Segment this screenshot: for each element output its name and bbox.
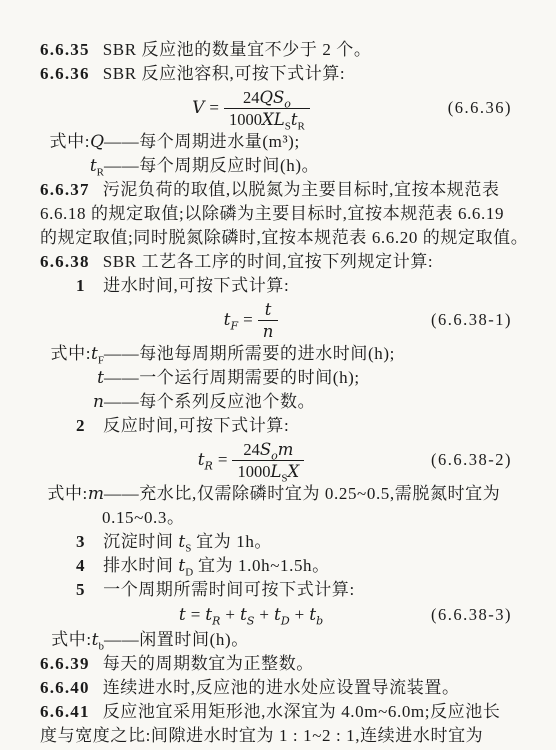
equation: V = 24QSo 1000XLStR	[192, 87, 310, 130]
item-text: 进水时间,可按下式计算:	[103, 276, 289, 295]
definition-term: t	[40, 366, 104, 390]
definition-m: 式中:m ——充水比,仅需除磷时宜为 0.25~0.5,需脱氮时宜为	[40, 482, 514, 506]
term-tb: tb	[309, 605, 323, 625]
definition-term: 式中:tF	[40, 342, 104, 366]
section-6-6-35: 6.6.35SBR 反应池的数量宜不少于 2 个。	[40, 38, 514, 62]
formula-6-6-38-3: t = tR + tS + tD + tb (6.6.38-3)	[40, 602, 514, 628]
definition-text: ——充水比,仅需除磷时宜为 0.25~0.5,需脱氮时宜为	[104, 482, 500, 506]
item-number: 1	[76, 276, 85, 295]
section-6-6-39: 6.6.39每天的周期数宜为正整数。	[40, 652, 514, 676]
formula-6-6-38-1: tF = t n (6.6.38-1)	[40, 298, 514, 342]
equals-sign: =	[191, 605, 201, 625]
section-number: 6.6.41	[40, 702, 90, 721]
definition-q: 式中:Q ——每个周期进水量(m³);	[40, 130, 514, 154]
definition-term: 式中:m	[40, 482, 104, 506]
formula-6-6-38-2: tR = 24Som 1000LSX (6.6.38-2)	[40, 438, 514, 482]
section-text-line1: 反应池宜采用矩形池,水深宜为 4.0m~6.0m;反应池长	[103, 702, 501, 721]
definition-text: ——闲置时间(h)。	[104, 628, 249, 652]
equation-label: (6.6.36)	[448, 98, 512, 118]
equals-sign: =	[209, 98, 219, 118]
section-text: SBR 反应池的数量宜不少于 2 个。	[103, 40, 372, 59]
definition-text: ——一个运行周期需要的时间(h);	[104, 366, 360, 390]
plus-sign: +	[259, 605, 269, 625]
fraction: 24QSo 1000XLStR	[224, 87, 310, 130]
section-6-6-37-line3: 的规定取值;同时脱氮除磷时,宜按本规范表 6.6.20 的规定取值。	[40, 226, 514, 250]
fraction: 24Som 1000LSX	[232, 439, 304, 482]
numerator: 24QSo	[224, 87, 310, 108]
document-page: 6.6.35SBR 反应池的数量宜不少于 2 个。 6.6.36SBR 反应池容…	[0, 0, 556, 750]
definition-term: tR	[40, 154, 104, 178]
definition-term: 式中:tb	[40, 628, 104, 652]
section-text-line2: 度与宽度之比:间隙进水时宜为 1 : 1~2 : 1,连续进水时宜为	[40, 726, 483, 745]
section-6-6-41: 6.6.41反应池宜采用矩形池,水深宜为 4.0m~6.0m;反应池长	[40, 700, 514, 724]
formula-6-6-36: V = 24QSo 1000XLStR (6.6.36)	[40, 86, 514, 130]
list-item-3: 3沉淀时间 tS 宜为 1h。	[40, 530, 514, 554]
section-text: 连续进水时,反应池的进水处应设置导流装置。	[103, 678, 460, 697]
numerator: 24Som	[232, 439, 304, 460]
section-6-6-37-line2: 6.6.18 的规定取值;以除磷为主要目标时,宜按本规范表 6.6.19	[40, 202, 514, 226]
section-number: 6.6.39	[40, 654, 90, 673]
section-6-6-40: 6.6.40连续进水时,反应池的进水处应设置导流装置。	[40, 676, 514, 700]
lhs-variable: V	[192, 98, 204, 118]
section-6-6-38: 6.6.38SBR 工艺各工序的时间,宜按下列规定计算:	[40, 250, 514, 274]
section-6-6-37: 6.6.37污泥负荷的取值,以脱氮为主要目标时,宜按本规范表	[40, 178, 514, 202]
item-number: 2	[76, 416, 85, 435]
definition-text: ——每池每周期所需要的进水时间(h);	[104, 342, 395, 366]
definition-text: ——每个周期进水量(m³);	[104, 130, 300, 154]
equals-sign: =	[218, 450, 228, 470]
denominator: n	[258, 320, 279, 342]
definition-t: t ——一个运行周期需要的时间(h);	[40, 366, 514, 390]
definition-text-continued: 0.15~0.3。	[102, 508, 185, 527]
plus-sign: +	[295, 605, 305, 625]
definition-n: n ——每个系列反应池个数。	[40, 390, 514, 414]
item-number: 3	[76, 532, 85, 551]
list-item-5: 5一个周期所需时间可按下式计算:	[40, 578, 514, 602]
definition-text: ——每个系列反应池个数。	[104, 390, 315, 414]
section-text: 每天的周期数宜为正整数。	[103, 654, 314, 673]
equation: tF = t n	[224, 299, 279, 342]
lhs-variable: tF	[224, 310, 238, 330]
section-number: 6.6.36	[40, 64, 90, 83]
section-number: 6.6.40	[40, 678, 90, 697]
lhs-variable: tR	[198, 450, 213, 470]
plus-sign: +	[225, 605, 235, 625]
equation: t = tR + tS + tD + tb	[179, 605, 323, 625]
definition-text: ——每个周期反应时间(h)。	[104, 154, 319, 178]
section-6-6-41-line2: 度与宽度之比:间隙进水时宜为 1 : 1~2 : 1,连续进水时宜为	[40, 724, 514, 748]
denominator: 1000XLStR	[224, 108, 310, 130]
definition-m-line2: 0.15~0.3。	[40, 506, 514, 530]
definition-tr: tR ——每个周期反应时间(h)。	[40, 154, 514, 178]
section-text: SBR 工艺各工序的时间,宜按下列规定计算:	[103, 252, 434, 271]
numerator: t	[258, 299, 279, 320]
list-item-4: 4排水时间 tD 宜为 1.0h~1.5h。	[40, 554, 514, 578]
section-text-line1: 污泥负荷的取值,以脱氮为主要目标时,宜按本规范表	[103, 180, 500, 199]
section-text: SBR 反应池容积,可按下式计算:	[103, 64, 346, 83]
item-text: 沉淀时间 tS 宜为 1h。	[103, 532, 272, 551]
equals-sign: =	[243, 310, 253, 330]
definition-tb: 式中:tb ——闲置时间(h)。	[40, 628, 514, 652]
denominator: 1000LSX	[232, 460, 304, 482]
section-number: 6.6.35	[40, 40, 90, 59]
equation-label: (6.6.38-1)	[431, 310, 512, 330]
term-td: tD	[274, 605, 290, 625]
term-tr: tR	[205, 605, 220, 625]
term-ts: tS	[240, 605, 254, 625]
definition-term: n	[40, 390, 104, 414]
section-6-6-36: 6.6.36SBR 反应池容积,可按下式计算:	[40, 62, 514, 86]
item-text: 排水时间 tD 宜为 1.0h~1.5h。	[103, 556, 330, 575]
list-item-2: 2反应时间,可按下式计算:	[40, 414, 514, 438]
fraction: t n	[258, 299, 279, 342]
section-number: 6.6.38	[40, 252, 90, 271]
equation: tR = 24Som 1000LSX	[198, 439, 305, 482]
item-text: 反应时间,可按下式计算:	[103, 416, 289, 435]
equation-label: (6.6.38-3)	[431, 605, 512, 625]
item-number: 5	[76, 580, 85, 599]
item-number: 4	[76, 556, 85, 575]
section-text-line3: 的规定取值;同时脱氮除磷时,宜按本规范表 6.6.20 的规定取值。	[40, 228, 528, 247]
lhs-variable: t	[179, 605, 186, 625]
definition-term: 式中:Q	[40, 130, 104, 154]
item-text: 一个周期所需时间可按下式计算:	[103, 580, 355, 599]
equation-label: (6.6.38-2)	[431, 450, 512, 470]
list-item-1: 1进水时间,可按下式计算:	[40, 274, 514, 298]
section-text-line2: 6.6.18 的规定取值;以除磷为主要目标时,宜按本规范表 6.6.19	[40, 204, 504, 223]
section-number: 6.6.37	[40, 180, 90, 199]
definition-tf: 式中:tF ——每池每周期所需要的进水时间(h);	[40, 342, 514, 366]
